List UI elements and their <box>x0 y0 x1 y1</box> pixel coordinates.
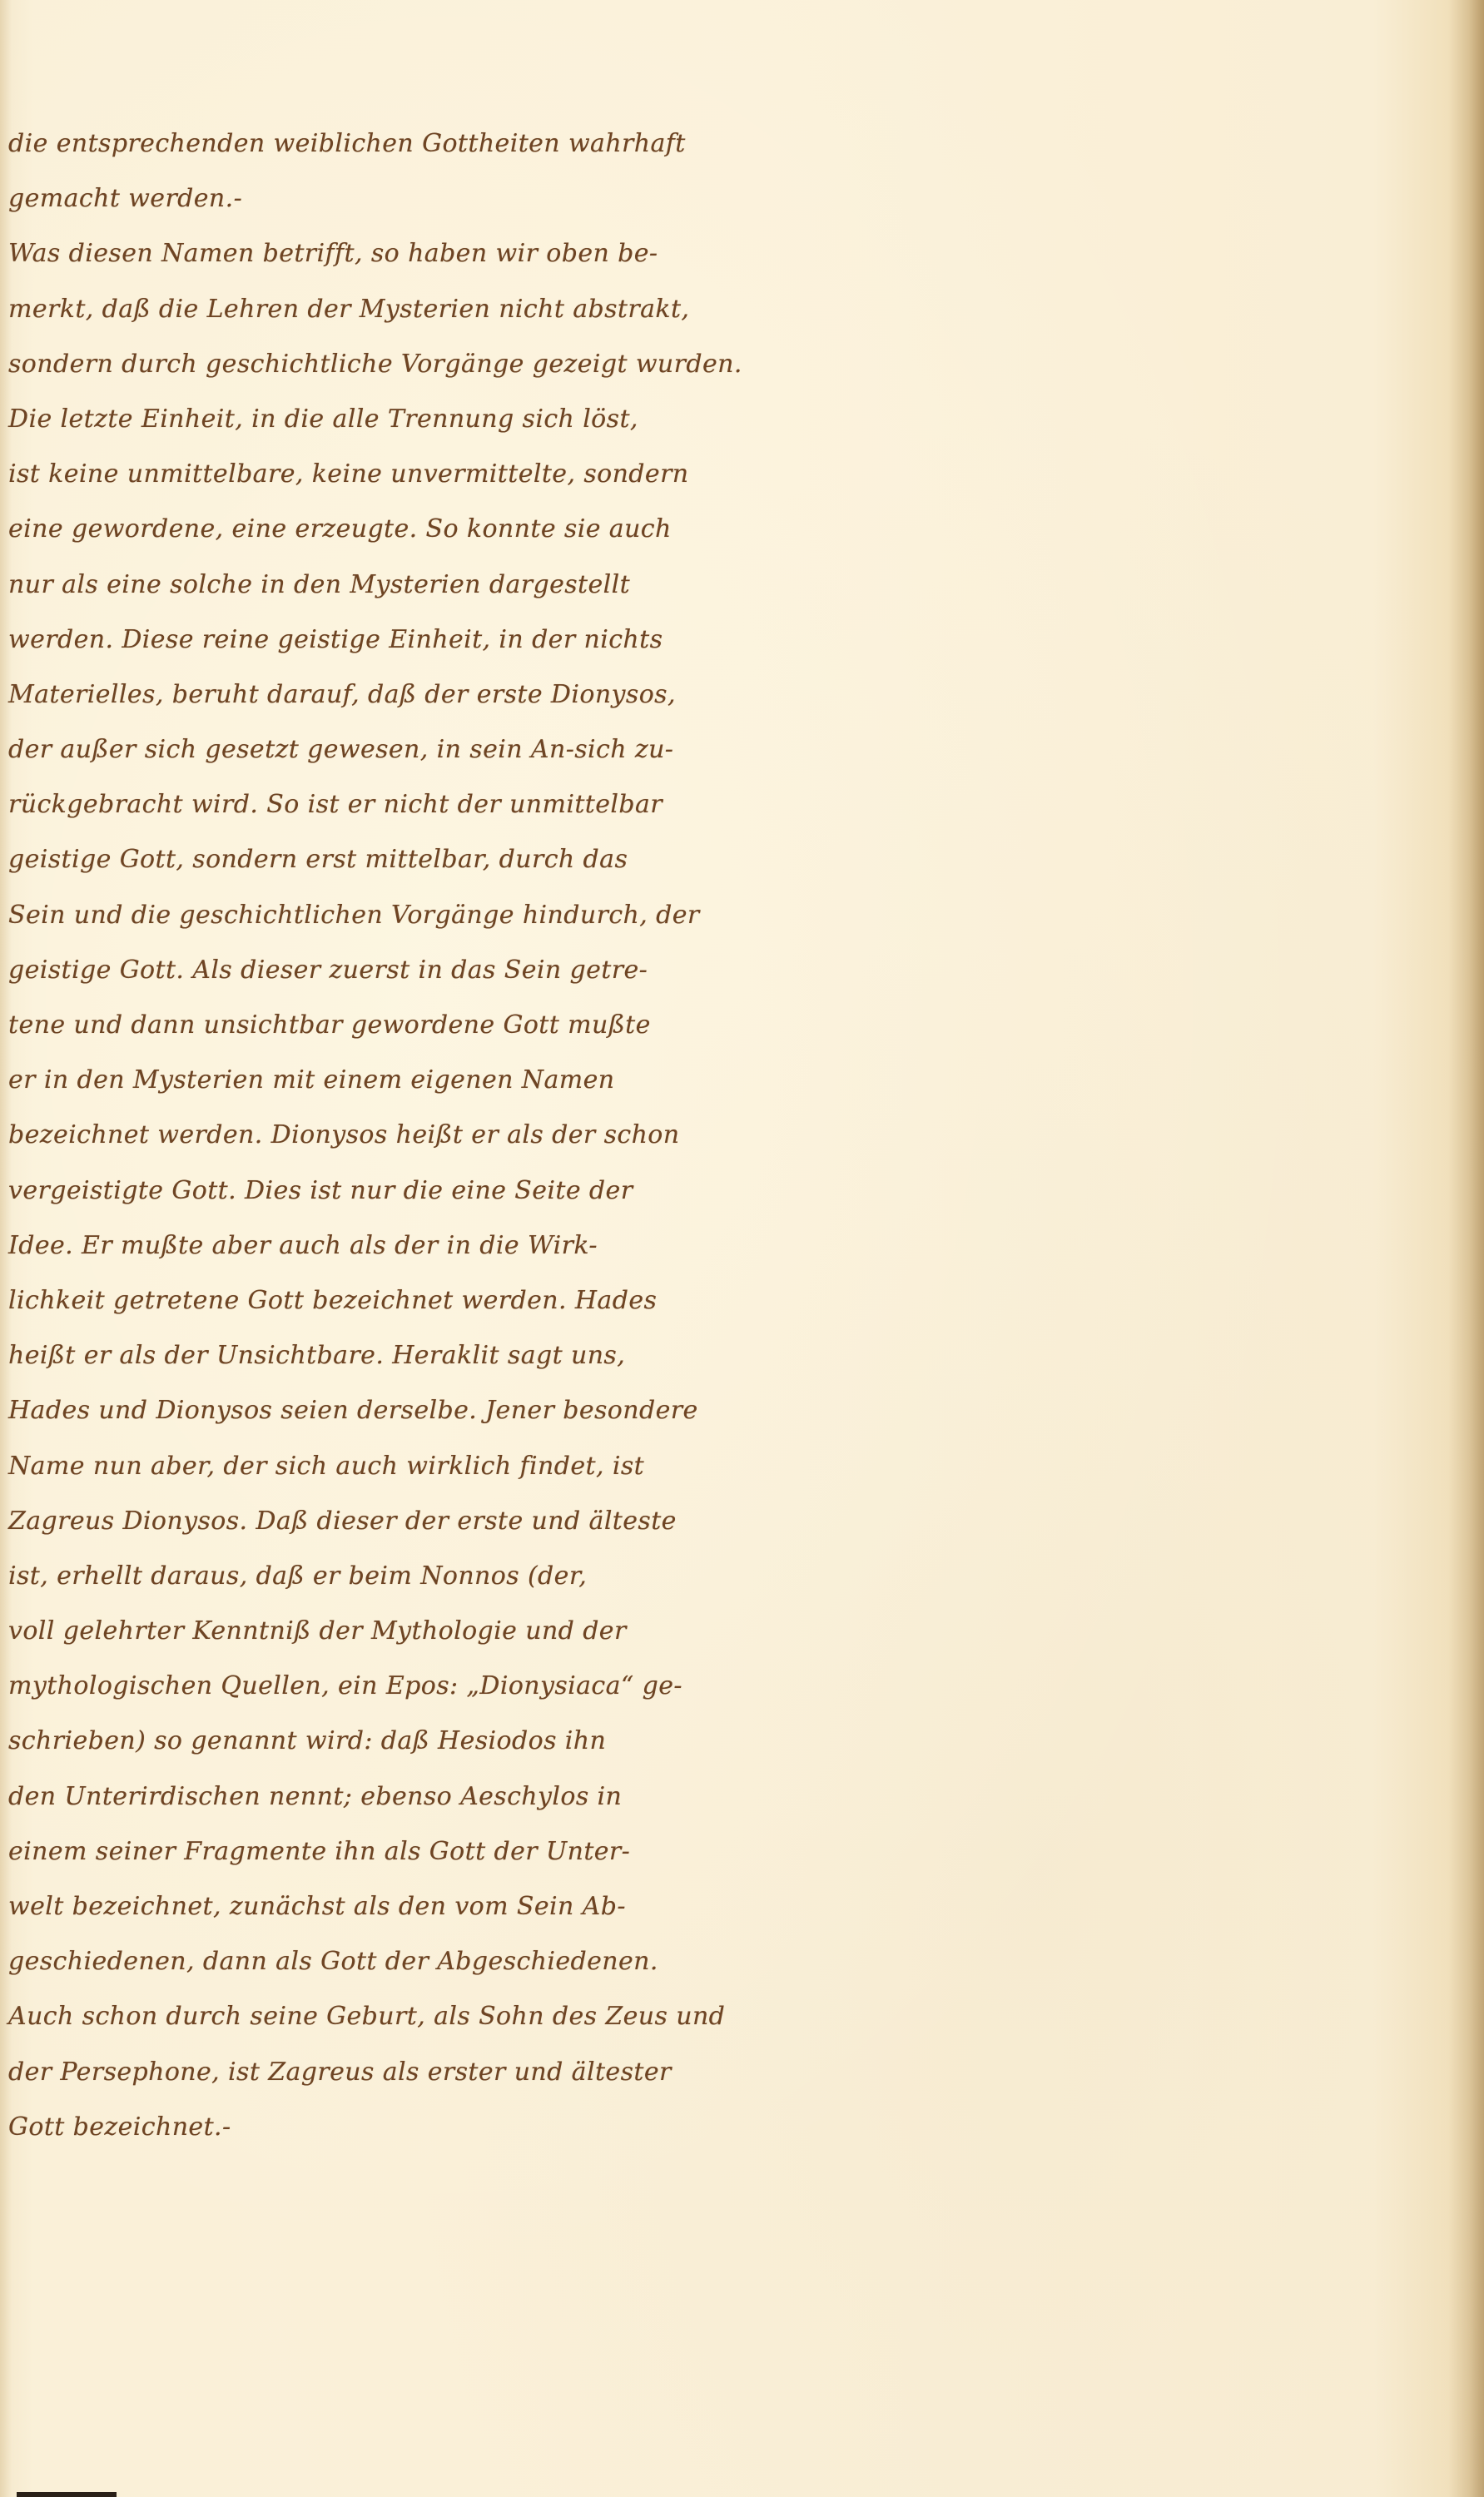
manuscript-line: rückgebracht wird. So ist er nicht der u… <box>8 777 774 832</box>
manuscript-page: die entsprechenden weiblichen Gottheiten… <box>0 0 1484 2497</box>
manuscript-line: geschiedenen, dann als Gott der Abgeschi… <box>8 1934 774 1989</box>
manuscript-line: heißt er als der Unsichtbare. Heraklit s… <box>8 1328 774 1383</box>
manuscript-line: ist keine unmittelbare, keine unvermitte… <box>8 447 774 502</box>
manuscript-line: ist, erhellt daraus, daß er beim Nonnos … <box>8 1549 774 1604</box>
manuscript-line: Was diesen Namen betrifft, so haben wir … <box>8 226 774 281</box>
manuscript-line: welt bezeichnet, zunächst als den vom Se… <box>8 1879 774 1934</box>
manuscript-line: voll gelehrter Kenntniß der Mythologie u… <box>8 1604 774 1659</box>
manuscript-line: Sein und die geschichtlichen Vorgänge hi… <box>8 888 774 943</box>
manuscript-line: mythologischen Quellen, ein Epos: „Diony… <box>8 1659 774 1714</box>
manuscript-line: vergeistigte Gott. Dies ist nur die eine… <box>8 1164 774 1219</box>
manuscript-line: Auch schon durch seine Geburt, als Sohn … <box>8 1989 774 2044</box>
manuscript-line: den Unterirdischen nennt; ebenso Aeschyl… <box>8 1770 774 1824</box>
manuscript-line: Zagreus Dionysos. Daß dieser der erste u… <box>8 1494 774 1549</box>
manuscript-line: schrieben) so genannt wird: daß Hesiodos… <box>8 1714 774 1769</box>
manuscript-line: lichkeit getretene Gott bezeichnet werde… <box>8 1273 774 1328</box>
manuscript-line: er in den Mysterien mit einem eigenen Na… <box>8 1053 774 1108</box>
manuscript-line: Hades und Dionysos seien derselbe. Jener… <box>8 1383 774 1438</box>
manuscript-line: bezeichnet werden. Dionysos heißt er als… <box>8 1108 774 1163</box>
manuscript-line: werden. Diese reine geistige Einheit, in… <box>8 613 774 668</box>
manuscript-line: Materielles, beruht darauf, daß der erst… <box>8 668 774 722</box>
manuscript-line: geistige Gott, sondern erst mittelbar, d… <box>8 832 774 887</box>
manuscript-text-block: die entsprechenden weiblichen Gottheiten… <box>8 117 774 2155</box>
manuscript-line: eine gewordene, eine erzeugte. So konnte… <box>8 502 774 557</box>
manuscript-line: Die letzte Einheit, in die alle Trennung… <box>8 392 774 447</box>
manuscript-line: die entsprechenden weiblichen Gottheiten… <box>8 117 774 171</box>
manuscript-line: Name nun aber, der sich auch wirklich fi… <box>8 1439 774 1494</box>
manuscript-line: geistige Gott. Als dieser zuerst in das … <box>8 943 774 998</box>
manuscript-line: merkt, daß die Lehren der Mysterien nich… <box>8 282 774 337</box>
manuscript-line: einem seiner Fragmente ihn als Gott der … <box>8 1824 774 1879</box>
manuscript-line: gemacht werden.- <box>8 171 774 226</box>
manuscript-line: nur als eine solche in den Mysterien dar… <box>8 558 774 613</box>
manuscript-line: sondern durch geschichtliche Vorgänge ge… <box>8 337 774 392</box>
manuscript-line: der außer sich gesetzt gewesen, in sein … <box>8 722 774 777</box>
manuscript-line: Idee. Er mußte aber auch als der in die … <box>8 1219 774 1273</box>
manuscript-line: tene und dann unsichtbar gewordene Gott … <box>8 998 774 1053</box>
manuscript-line: Gott bezeichnet.- <box>8 2100 774 2155</box>
manuscript-line: der Persephone, ist Zagreus als erster u… <box>8 2045 774 2100</box>
